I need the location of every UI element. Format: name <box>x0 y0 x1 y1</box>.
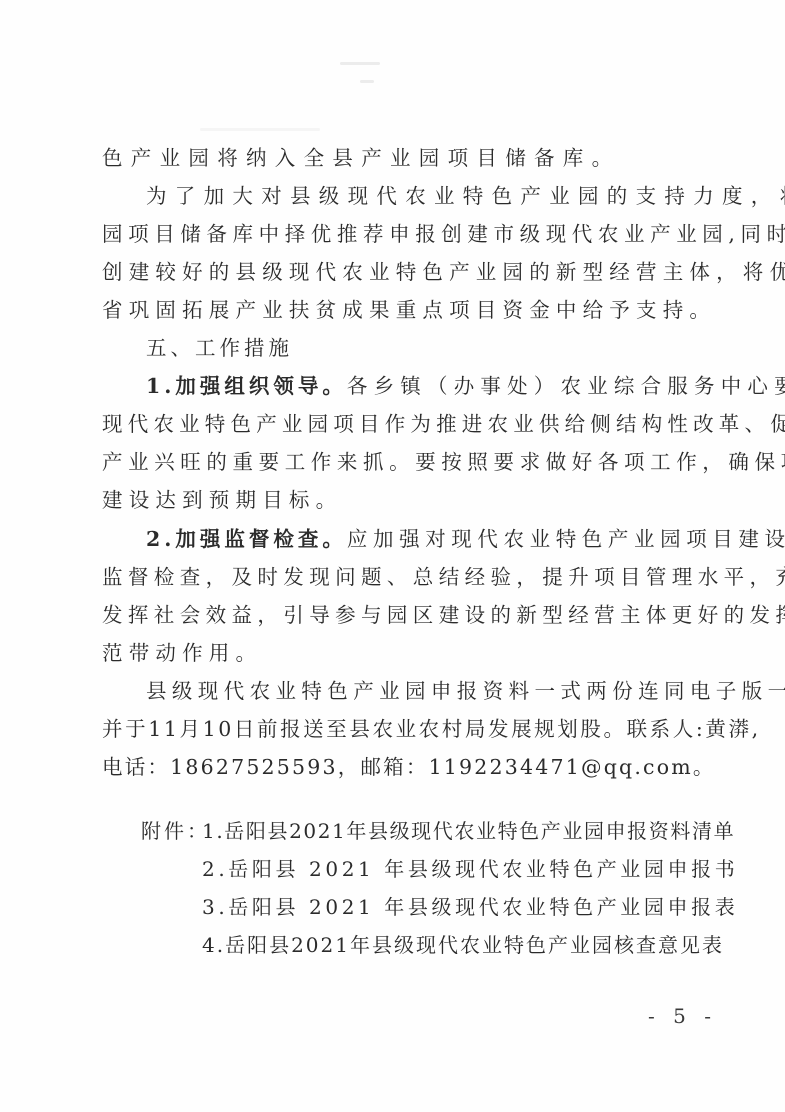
paragraph-line: 现代农业特色产业园项目作为推进农业供给侧结构性改革、促进 <box>102 411 702 437</box>
scan-artifact <box>200 128 320 131</box>
attachment-item-4: 4.岳阳县2021年县级现代农业特色产业园核查意见表 <box>202 932 724 958</box>
paragraph-line: 范带动作用。 <box>102 640 702 666</box>
paragraph-line: 产业兴旺的重要工作来抓。要按照要求做好各项工作，确保项目 <box>102 449 702 475</box>
attachment-item-2: 2.岳阳县 2021 年县级现代农业特色产业园申报书 <box>202 856 738 882</box>
document-page: 色产业园将纳入全县产业园项目储备库。 为了加大对县级现代农业特色产业园的支持力度… <box>0 0 785 1112</box>
paragraph-line: 建设达到预期目标。 <box>102 487 702 513</box>
paragraph-line: 并于11月10日前报送至县农业农村局发展规划股。联系人:黄漭, <box>102 716 702 742</box>
attachment-item-3: 3.岳阳县 2021 年县级现代农业特色产业园申报表 <box>202 894 738 920</box>
paragraph-line: 色产业园将纳入全县产业园项目储备库。 <box>102 145 702 171</box>
measure-item-lead: 2.加强监督检查。 <box>146 527 347 551</box>
paragraph-line: 园项目储备库中择优推荐申报创建市级现代农业产业园,同时,对 <box>102 221 702 247</box>
paragraph-line: 县级现代农业特色产业园申报资料一式两份连同电子版一 <box>146 678 746 704</box>
scan-artifact <box>340 62 380 65</box>
paragraph-line: 为了加大对县级现代农业特色产业园的支持力度，将从产业 <box>146 183 746 209</box>
page-number: - 5 - <box>648 1004 717 1028</box>
paragraph-line: 省巩固拓展产业扶贫成果重点项目资金中给予支持。 <box>102 297 702 323</box>
paragraph-line: 发挥社会效益，引导参与园区建设的新型经营主体更好的发挥示 <box>102 602 702 628</box>
scan-artifact <box>360 80 374 83</box>
measure-item-text: 应加强对现代农业特色产业园项目建设的 <box>347 527 785 551</box>
measure-item-2: 2.加强监督检查。应加强对现代农业特色产业园项目建设的 <box>146 526 746 552</box>
measure-item-text: 各乡镇（办事处）农业综合服务中心要把 <box>347 374 785 398</box>
measure-item-1: 1.加强组织领导。各乡镇（办事处）农业综合服务中心要把 <box>146 373 746 399</box>
paragraph-line: 创建较好的县级现代农业特色产业园的新型经营主体，将优先从 <box>102 259 702 285</box>
paragraph-line: 监督检查，及时发现问题、总结经验，提升项目管理水平，充分 <box>102 564 702 590</box>
attachment-item-1: 1.岳阳县2021年县级现代农业特色产业园申报资料清单 <box>202 818 735 844</box>
attachments-label: 附件： <box>141 818 210 844</box>
section-heading: 五、工作措施 <box>146 335 746 361</box>
contact-line: 电话：18627525593，邮箱：1192234471@qq.com。 <box>102 754 702 780</box>
measure-item-lead: 1.加强组织领导。 <box>146 374 347 398</box>
